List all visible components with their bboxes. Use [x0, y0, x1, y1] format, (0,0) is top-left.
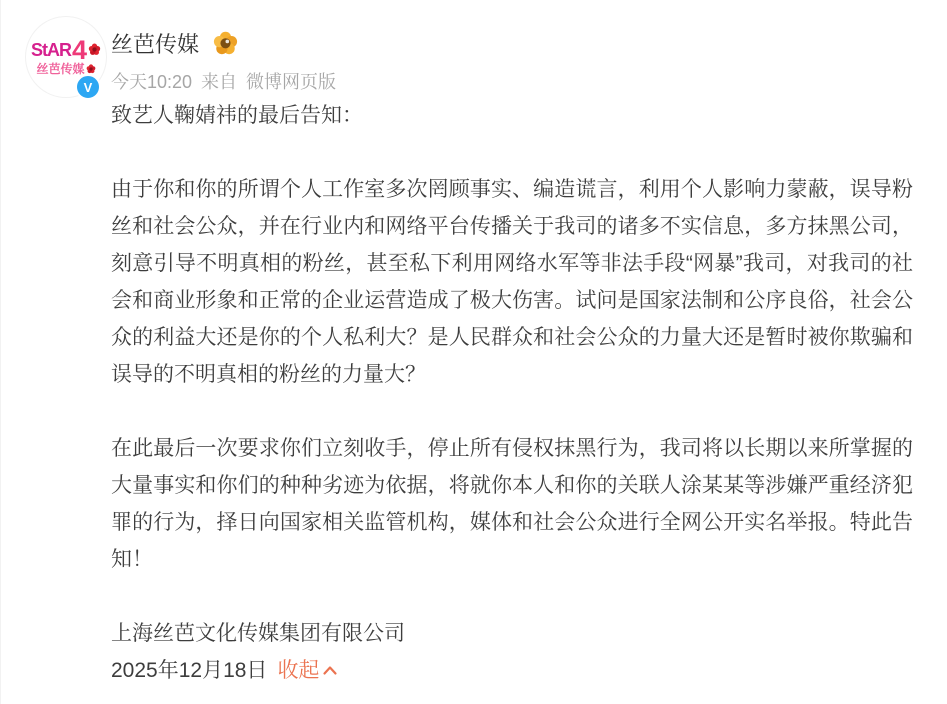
avatar-logo-number: 4: [72, 40, 87, 60]
avatar-logo-subtext: 丝芭传媒: [36, 63, 95, 75]
collapse-label: 收起: [277, 652, 319, 689]
avatar[interactable]: StAR 4 丝芭传媒: [26, 17, 106, 97]
source-prefix: 来自: [201, 68, 237, 94]
flower-icon: [88, 43, 101, 56]
post-title-line: 致艺人鞠婧祎的最后告知：: [111, 97, 913, 134]
post-content: 致艺人鞠婧祎的最后告知： 由于你和你的所谓个人工作室多次罔顾事实、编造谎言，利用…: [111, 97, 913, 689]
timestamp: 今天10:20: [111, 68, 192, 94]
post-paragraph: 在此最后一次要求你们立刻收手，停止所有侵权抹黑行为，我司将以长期以来所掌握的大量…: [111, 430, 913, 578]
verified-badge-icon: V: [75, 74, 101, 100]
avatar-logo-text: StAR: [31, 41, 71, 59]
name-row: 丝芭传媒: [111, 28, 240, 59]
date-row: 2025年12月18日 收起: [111, 652, 913, 689]
weibo-post-page: StAR 4 丝芭传媒: [0, 0, 947, 704]
vip-badge-icon[interactable]: [211, 30, 240, 57]
company-signature: 上海丝芭文化传媒集团有限公司: [111, 615, 913, 652]
post-paragraph: 由于你和你的所谓个人工作室多次罔顾事实、编造谎言，利用个人影响力蒙蔽，误导粉丝和…: [111, 171, 913, 393]
post-meta: 今天10:20 来自 微博网页版: [111, 68, 336, 94]
username[interactable]: 丝芭传媒: [111, 28, 199, 59]
flower-icon: [86, 64, 96, 74]
post-source[interactable]: 微博网页版: [246, 68, 336, 94]
post-date: 2025年12月18日: [111, 652, 267, 689]
avatar-logo: StAR 4: [31, 40, 101, 60]
chevron-up-icon: [322, 665, 338, 676]
collapse-link[interactable]: 收起: [277, 652, 338, 689]
